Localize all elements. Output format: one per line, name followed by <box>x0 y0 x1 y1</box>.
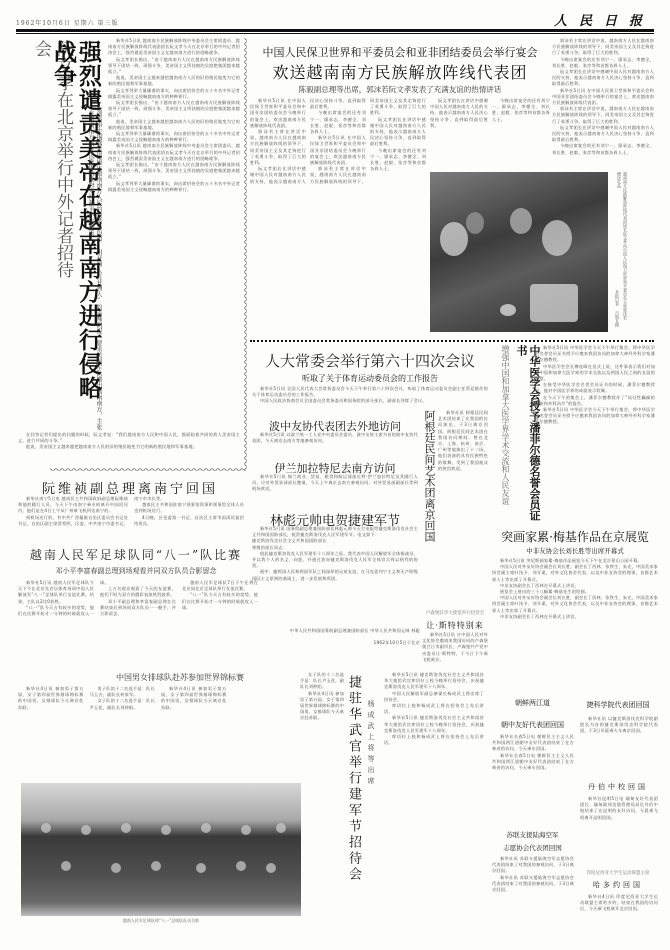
ruan-press-tail: 在回答记者们提出的问题的时候，阮文孝说：“我们越南南方人民和中国人民，都面临着共… <box>18 432 240 466</box>
welcome-body-right: 阮文孝团长在讲话中感谢中国人民对越南南方人民的支持，他表示越南南方人民决心坚持斗… <box>430 98 550 170</box>
paragraph: 新华社5日讯 全国人民代表大会常务委员会今天下午举行第六十四次会议，听取了体育运… <box>252 386 488 398</box>
paragraph: 新华社5日讯 越南人民军足球队今天下午在北京先农坛体育场同中国人民解放军“八一”… <box>18 580 94 605</box>
welcome-photo-credit: 本报记者 吕相友摄 <box>614 290 620 330</box>
paragraph: 今晚出席宴会的还有刘宁一、廖承志、李德全、刘长胜、赵毅、张彦等和首都各界人士。 <box>310 110 366 135</box>
paragraph: 新华社4日讯 印度尼西亚大学生运动联盟主席哈多约，结束在我国的访问后，今天乘飞机… <box>580 894 658 913</box>
exhibition-body: 新华社5日讯 突尼斯画家累·梅基作品展览今天下午在北京景山公园开幕。 中国人民对… <box>492 558 658 696</box>
paragraph: 阮文孝列举大量确凿的事实，向出席招待会的五十多名中外记者揭露美帝国主义侵略越南南… <box>108 131 240 143</box>
iran-body: 新华社5日讯 锡兰商业、贸易、粮食和航运部部长特·伊兰加拉特尼及其随行人员，应对… <box>252 474 418 502</box>
paragraph: 新华社讯 以捷克斯洛伐克科学院副院长为首的捷克斯洛伐克科学院代表团，于3日早晨乘… <box>580 716 658 735</box>
argentina-headline: 阿根廷民间艺术团离京回国 <box>423 410 436 560</box>
paragraph: 他说，美帝国主义越来越把越南南方人民的旧的殖民地变为它的新的殖民地和军事基地。 <box>18 444 240 450</box>
paragraph: 新华社5日讯 中华医学会今天下午举行集会，将中华医学会名誉会员证书授予应邀来我国… <box>535 407 655 426</box>
paragraph: 新华社5日讯 越南南方民族解放阵线中央委员会主席团委员、越南南方民族解放阵线代表… <box>108 143 240 162</box>
paragraph: 中非友协副会长丁西林在开幕式上讲话。 <box>492 614 658 620</box>
paragraph: 新华社5日讯 国务院副总理兼国防部长林彪元帅今天打电报给捷克斯洛伐克社会主义共和… <box>252 526 418 538</box>
paragraph: 在回答记者们提出的问题的时候，阮文孝说：“我们越南南方人民和中国人民，都面临着共… <box>18 432 240 444</box>
paragraph: 新华社4日讯 参加男子第五届、女子第四届世界排球锦标赛的中国男、女排球队今天离京… <box>161 686 227 711</box>
linbiao-signature: 中华人民共和国国务院副总理兼国防部长 中华人民共和国元帅 林彪 <box>280 628 420 640</box>
linbiao-signature-date: 1962年10月5日于北京 <box>280 640 420 648</box>
paragraph: 他说，美帝国主义越来越把越南南方人民的旧的殖民地变为它的新的殖民地和军事基地。 <box>108 119 240 131</box>
football-photo-caption: 越南人民军足球队和“八一”足球队队员合影 <box>21 918 301 924</box>
paragraph: 新华社5日讯 在中国人民保卫世界和平委员会和中国亚非团结委员会今晚举行的宴会上，… <box>250 98 306 129</box>
czech-sci-headline: 捷科学院代表团回国 <box>578 700 658 710</box>
paragraph: 阮文孝团长在讲话中感谢中国人民对越南南方人民的支持，他表示越南南方人民决心坚持斗… <box>552 125 654 144</box>
paragraph: 郭沫若主席在讲话中说，越南南方人民在越南南方民族解放阵线的领导下，同美帝国主义及… <box>250 129 306 166</box>
burma-body: 新华社昆明5日电 缅甸友好代表团团长、缅甸联邦边境管理局局长丹伯中校结束了在昆明… <box>580 796 658 860</box>
soviet-headline: 苏联支援陆海空军 <box>490 830 575 839</box>
czech-army-subhead: 杨成武上将等出席 <box>366 700 376 820</box>
paragraph: 库切拉上校和杨成武上将在招待会上先后讲话。 <box>384 703 484 715</box>
paragraph: 新华社5日讯 以波兰统一工人党中央委员会委员、波中友协主席为首的波中友协代表团，… <box>252 432 418 444</box>
paragraph: 阮文孝团长指出，“由于越南南方人民在越南南方民族解放阵线领导下团结一致，顽强斗争… <box>108 57 240 76</box>
paragraph: 男子队的十二名选手是：队长马玉吉，副队长何家军。 <box>90 686 156 698</box>
paragraph: 女子队的十二名选手是：队长尹玉花，副队长刘仲阳。 <box>300 672 344 691</box>
wavy-divider-vertical <box>244 38 249 470</box>
paragraph: 新华社4日讯 参加男子第五届、女子第四届世界排球锦标赛的中国男、女排球队今天离京… <box>300 691 344 722</box>
paragraph: 中国人民对外友好协会副会长刘长胜，副会长丁西林、张铁生、朱光，中国美术家协会副主… <box>492 595 658 614</box>
paragraph: 新华社讯 阿根廷民间艺术团结束了在我国的访问演出，于3日离京回国。阿根廷民间艺术… <box>438 410 488 472</box>
medical-kicker: 增强中国和加拿大医学界学术交流和人民友谊 <box>500 345 510 525</box>
paragraph: 阮文孝团长在讲话中感谢中国人民对越南南方人民的支持，他表示越南南方人民决心坚持斗… <box>552 69 654 88</box>
masthead-rule <box>16 29 654 32</box>
paragraph: 郭沫若主席在讲话中说，越南南方人民在越南南方民族解放阵线的领导下，同美帝国主义及… <box>552 106 654 125</box>
paragraph: 新华社讯 苏联支援陆海空军志愿协会代表团结束了对我国的参观访问，于3日离京回国。 <box>492 856 574 875</box>
soviet-body: 新华社讯 苏联支援陆海空军志愿协会代表团结束了对我国的参观访问，于3日离京回国。… <box>492 856 574 932</box>
exhibition-headline: 突画家累·梅基作品在京展览 <box>490 528 660 545</box>
linbiao-body: 新华社5日讯 国务院副总理兼国防部长林彪元帅今天打电报给捷克斯洛伐克社会主义共和… <box>252 526 418 626</box>
paragraph: 库切拉上校和杨成武上将在招待会上先后讲话。 <box>384 734 484 746</box>
paragraph: 新华社昆明5日电 缅甸友好代表团团长、缅甸联邦边境管理局局长丹伯中校结束了在昆明… <box>580 796 658 821</box>
paragraph: 祝中、捷两国人民和两国军队之间深厚的兄弟友谊，在马克思列宁主义和无产阶级国际主义… <box>252 569 418 581</box>
npc-body: 新华社5日讯 全国人民代表大会常务委员会今天下午举行第六十四次会议，听取了体育运… <box>252 386 488 410</box>
paragraph: 阮文孝列举大量确凿的事实，向出席招待会的五十多名中外记者揭露美帝国主义侵略越南南… <box>108 181 240 193</box>
ruan-weizhen-headline: 阮维祯副总理离南宁回国 <box>16 478 244 497</box>
luxembourg-headline: 让·斯特特别来 <box>420 620 490 631</box>
czech-army-headline: 捷驻华武官举行建军节招待会 <box>346 675 361 905</box>
paragraph: 上万名观众观看了今天的友谊赛，他们不时为双方的精彩表演热烈鼓掌。 <box>100 586 176 598</box>
paragraph: 今晚出席宴会的还有刘宁一、廖承志、李德全、刘长胜、赵毅、张彦等和首都各界人士。 <box>370 148 426 173</box>
paragraph: 邓小平副总理和李富春副总理在比赛结束后到场同双方队员一一握手，并合影留念。 <box>100 599 176 618</box>
welcome-photo <box>430 172 608 332</box>
wavy-divider <box>50 468 246 473</box>
paragraph: 在今天下午的集会上，潘菲尔德教授作了“局灶性癫痫的诊断和外科治疗”的报告。 <box>535 395 655 407</box>
paragraph: 越南人民军足球队7日下午还将在北京同北京足球队举行友谊比赛。 <box>182 580 258 592</box>
indonesia-kicker: 印度尼西亚大学生运动联盟主席 <box>578 870 658 876</box>
exhibition-subhead: 中非友协会长刘长胜等出席开幕式 <box>490 546 660 555</box>
soviet-subhead: 志愿协会代表团回国 <box>490 843 575 852</box>
paper-name-logo: 人民日报 <box>554 10 654 29</box>
ruan-press-subhead: 列举事实揭露美国镇压越南南方人民的残酷手段和“用亚洲人打亚洲人”的毒辣阴谋；要求… <box>80 110 102 430</box>
poland-body: 新华社5日讯 以波兰统一工人党中央委员会委员、波中友协主席为首的波中友协代表团，… <box>252 432 418 452</box>
paragraph: 阮文孝列举大量确凿的事实，向出席招待会的五十多名中外记者揭露美帝国主义侵略越南南… <box>108 88 240 100</box>
paragraph: 阮文孝团长在讲话中感谢中国人民对越南南方人民的支持，他表示越南南方人民决心坚持斗… <box>370 117 426 148</box>
paragraph: 阮文孝团长指出，“由于越南南方人民在越南南方民族解放阵线领导下团结一致，顽强斗争… <box>108 162 240 181</box>
paragraph: 4日晚，区党委第一书记、自治区主席韦国清设宴招待贵宾。 <box>134 515 244 527</box>
football-headline: 越南人民军足球队同“八一”队比赛 <box>16 546 256 563</box>
luxembourg-body: 新华社5日讯 应中国人民对外文化协会邀请来我国访问的卢森堡奥吕日市副市长、卢森堡… <box>422 632 488 668</box>
football-body: 新华社5日讯 越南人民军足球队今天下午在北京先农坛体育场同中国人民解放军“八一”… <box>18 580 258 672</box>
ruan-press-body: 新华社5日讯 越南南方民族解放阵线中央委员会主席团委员、越南南方民族解放阵线代表… <box>108 38 240 428</box>
paragraph: 中国人民政治协商会议全国委员会常务委员和国务院的部分部长，副部长列席了会议。 <box>252 398 488 404</box>
paragraph: 新华社5日讯 捷克斯洛伐克社会主义共和国驻华大使馆武官库切拉上校今晚举行招待会，… <box>384 715 484 734</box>
paragraph: 新华社4日讯 参加男子第五届、女子第四届世界排球锦标赛的中国男、女排球队今天离京… <box>18 686 84 711</box>
argentina-body: 新华社讯 阿根廷民间艺术团结束了在我国的访问演出，于3日离京回国。阿根廷民间艺术… <box>438 410 488 590</box>
burma-headline: 丹伯中校回国 <box>578 782 658 792</box>
korea-body: 新华社长春5日电 朝鲜民主主义人民共和国两江道朝中友好代表团结束了在吉林省的访问… <box>492 734 574 800</box>
ruan-press-lead: 新华社5日讯 越南南方民族解放阵线中央委员会主席团委员、越南南方民族解放阵线代表… <box>108 38 240 57</box>
paragraph: 中国人民对外友好协会副会长刘长胜，副会长丁西林、张铁生、朱光，中国美术家协会副主… <box>492 564 658 583</box>
volleyball-continue: 女子队的十二名选手是：队长尹玉花，副队长刘仲阳。 新华社4日讯 参加男子第五届、… <box>300 672 344 932</box>
paragraph: 新华社长春5日电 朝鲜民主主义人民共和国两江道朝中友好代表团结束了在吉林省的访问… <box>492 753 574 772</box>
welcome-kicker: 中国人民保卫世界和平委员会和亚非团结委员会举行宴会 <box>250 44 550 60</box>
paragraph: 中华医学会会长傅连暲在仪式上说，这件事表示我们对加强中国和加拿大医学界的学术交流… <box>535 364 655 383</box>
paragraph: 今晚出席宴会的还有刘宁一、廖承志、李德全、刘长胜、赵毅、张彦等和首都各界人士。 <box>552 57 654 69</box>
volleyball-body: 新华社4日讯 参加男子第五届、女子第四届世界排球锦标赛的中国男、女排球队今天离京… <box>18 686 298 744</box>
welcome-body: 新华社5日讯 在中国人民保卫世界和平委员会和中国亚非团结委员会今晚举行的宴会上，… <box>250 98 426 303</box>
paragraph: 新华社南宁5日电 越南民主共和国政府副总理阮维祯和他的随行人员，今天下午由南宁乘… <box>18 496 128 515</box>
paragraph: 中国人民解放军副总参谋长杨成武上将出席了招待会。 <box>384 691 484 703</box>
welcome-subhead: 陈毅副总理等出席，郭沫若阮文孝发表了充满友谊的热情讲话 <box>250 84 550 95</box>
paragraph: 越南民主共和国驻南宁领事馆领事和领事馆全体人员也到机场送行。 <box>134 502 244 514</box>
paragraph: 今晚出席宴会的还有刘宁一、廖承志、李德全、刘长胜、赵毅、张彦等和首都各界人士。 <box>492 98 550 123</box>
paragraph: 新华社5日讯 应中国人民对外文化协会邀请来我国访问的卢森堡奥吕日市副市长、卢森堡… <box>422 632 488 663</box>
paragraph: 新华社5日讯 在中国人民保卫世界和平委员会和中国亚非团结委员会今晚举行的宴会上，… <box>310 135 366 166</box>
czech-army-body: 新华社5日讯 捷克斯洛伐克社会主义共和国驻华大使馆武官库切拉上校今晚举行招待会，… <box>384 672 484 932</box>
medical-body: 新华社5日讯 中华医学会今天下午举行集会，将中华医学会名誉会员证书授予应邀来我国… <box>535 345 655 510</box>
football-subhead: 邓小平李富春副总理到场观看并同双方队员合影留念 <box>16 566 256 576</box>
dotted-divider <box>250 340 654 343</box>
paragraph: 新华社5日讯 在中国人民保卫世界和平委员会和中国亚非团结委员会今晚举行的宴会上，… <box>552 88 654 107</box>
paragraph: 阮文孝团长在讲话中感谢中国人民对越南南方人民的支持，他表示越南南方人民决心坚持斗… <box>430 98 488 129</box>
korea-headline: 朝中友好代表团回国 <box>490 720 575 730</box>
masthead-rule-thin <box>16 33 654 34</box>
paragraph: 阮文孝团长指出，“由于越南南方人民在越南南方民族解放阵线领导下团结一致，顽强斗争… <box>108 100 240 119</box>
welcome-headline: 欢送越南南方民族解放阵线代表团 <box>250 60 550 83</box>
paragraph: 新华社5日讯 捷克斯洛伐克社会主义共和国驻华大使馆武官库切拉上校今晚举行招待会，… <box>384 672 484 691</box>
volleyball-headline: 中国男女排球队赴苏参加世界锦标赛 <box>100 672 260 683</box>
indonesia-body: 新华社4日讯 印度尼西亚大学生运动联盟主席哈多约，结束在我国的访问后，今天乘飞机… <box>580 894 658 934</box>
paragraph: “八一”队今天占有较多的攻势，他们在比赛开始才一分钟的时候就攻入一球。 <box>182 592 258 611</box>
paragraph: 女子队的十二名选手是：队长尹玉花，副队长刘仲阳。 <box>90 698 156 710</box>
ruan-weizhen-body: 新华社南宁5日电 越南民主共和国政府副总理阮维祯和他的随行人员，今天下午由南宁乘… <box>18 496 244 542</box>
npc-subhead: 听取了关于体育运动委员会的工作报告 <box>250 373 490 384</box>
paragraph: 在接受中华医学会名誉会员证书的时候，潘菲尔德教授说，他对中国医学界的成就表示钦佩… <box>535 382 655 394</box>
paragraph: 新华社5日讯 锡兰商业、贸易、粮食和航运部部长特·伊兰加拉特尼及其随行人员，应对… <box>252 474 418 493</box>
paragraph: 今晚出席宴会的还有刘宁一、廖承志、李德全、刘长胜、赵毅、张彦等和首都各界人士。 <box>552 143 654 155</box>
korea-section: 朝鲜两江道 <box>490 698 575 708</box>
luxembourg-kicker: 卢森堡驻华大使馆举行招待会 <box>420 610 490 616</box>
paragraph: 新华社讯 苏联支援陆海空军志愿协会代表团结束了对我国的参观访问，于3日离京回国。 <box>492 875 574 894</box>
paragraph: 新华社5日讯 中华医学会今天下午举行集会，将中华医学会名誉会员证书授予应邀来我国… <box>535 345 655 364</box>
paragraph: 值此捷克斯洛伐克人民军建军十八周年之际，我代表中国人民解放军全体指战员，并以我个… <box>252 551 418 570</box>
football-team-photo <box>21 783 301 916</box>
indonesia-headline: 哈多约回国 <box>578 880 658 890</box>
date-line: 1962年10月6日 星期六 第三版 <box>16 18 119 27</box>
npc-headline: 人大常委会举行第六十四次会议 <box>250 350 490 371</box>
paragraph: 郭沫若主席在讲话中说，越南南方人民在越南南方民族解放阵线的领导下，同美帝国主义及… <box>552 38 654 57</box>
paragraph: 他说，美帝国主义越来越把越南南方人民的旧的殖民地变为它的新的殖民地和军事基地。 <box>108 75 240 87</box>
czech-sci-body: 新华社讯 以捷克斯洛伐克科学院副院长为首的捷克斯洛伐克科学院代表团，于3日早晨乘… <box>580 716 658 770</box>
paragraph: 新华社长春5日电 朝鲜民主主义人民共和国两江道朝中友好代表团结束了在吉林省的访问… <box>492 734 574 753</box>
